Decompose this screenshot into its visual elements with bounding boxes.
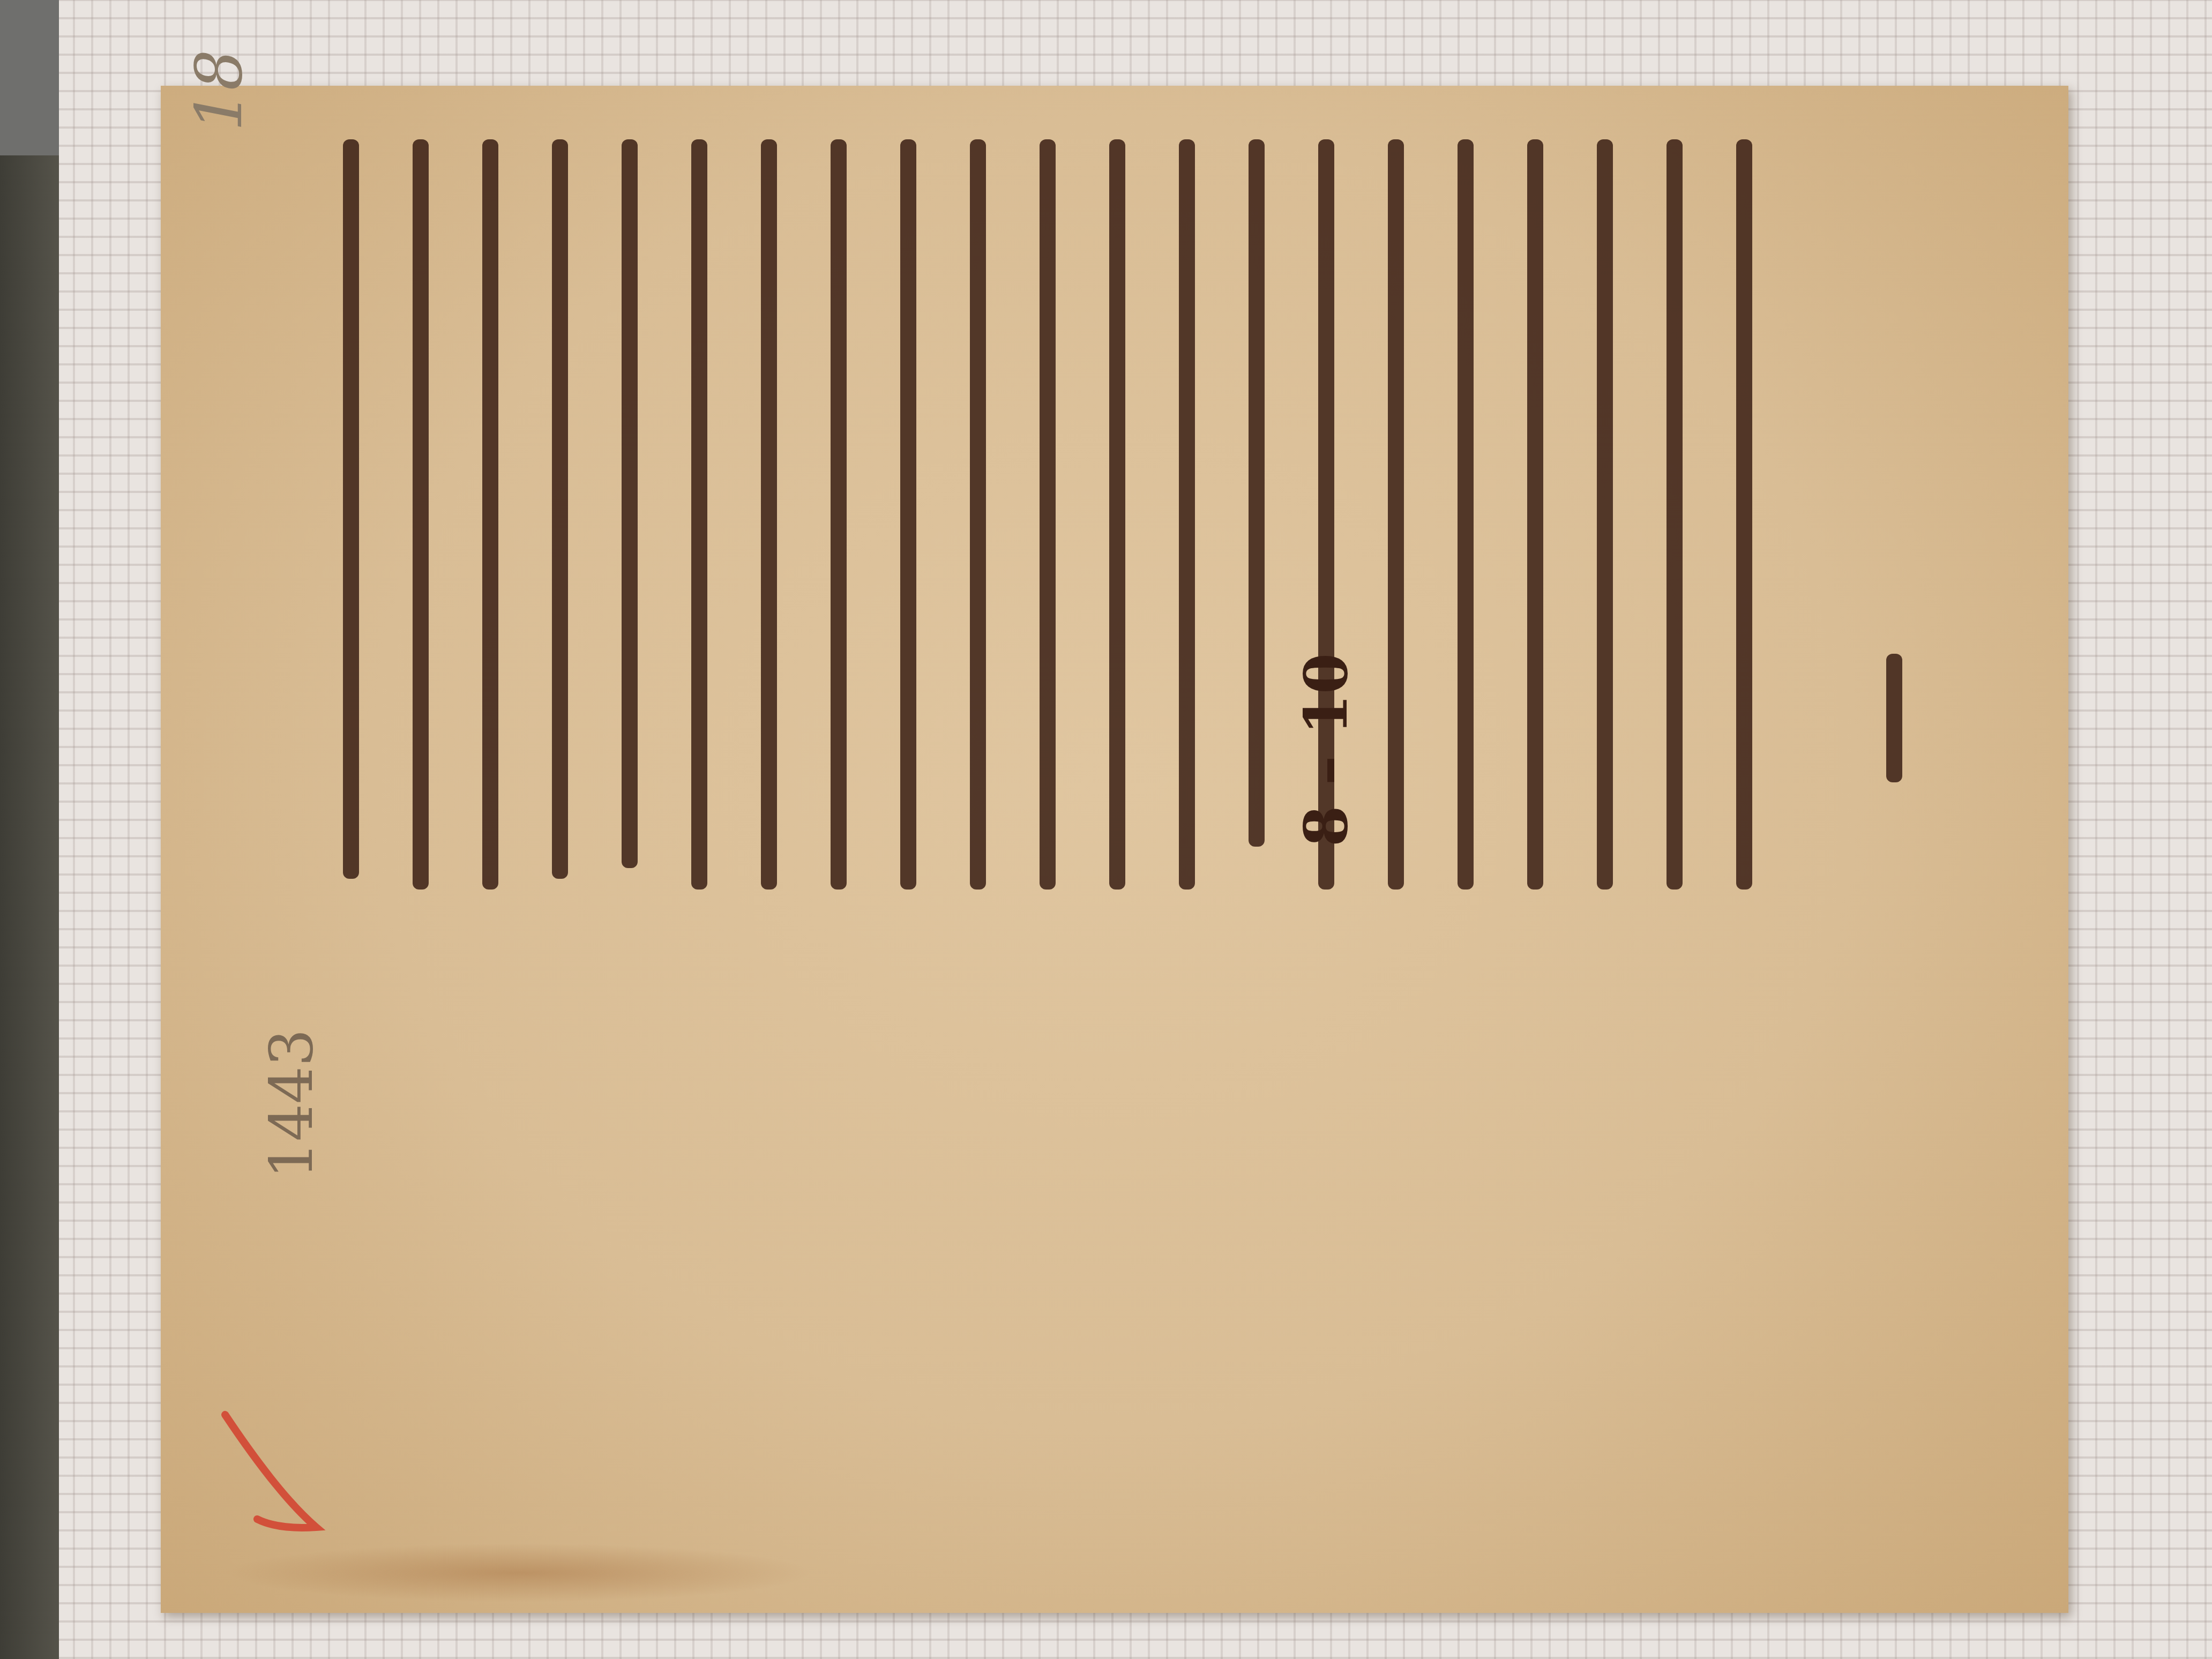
handwritten-text-block — [322, 118, 2036, 932]
dark-table-edge — [0, 0, 59, 1659]
water-stain — [225, 1543, 814, 1602]
archive-number: 1443 — [257, 1029, 326, 1179]
folio-number: 18 — [182, 49, 257, 131]
grey-card-corner — [0, 0, 59, 155]
inline-numeral: 8 – 10 — [1291, 653, 1361, 847]
red-check-mark-icon — [214, 1404, 332, 1545]
page-description: Handwritten letter page in German Kurren… — [161, 86, 161, 86]
